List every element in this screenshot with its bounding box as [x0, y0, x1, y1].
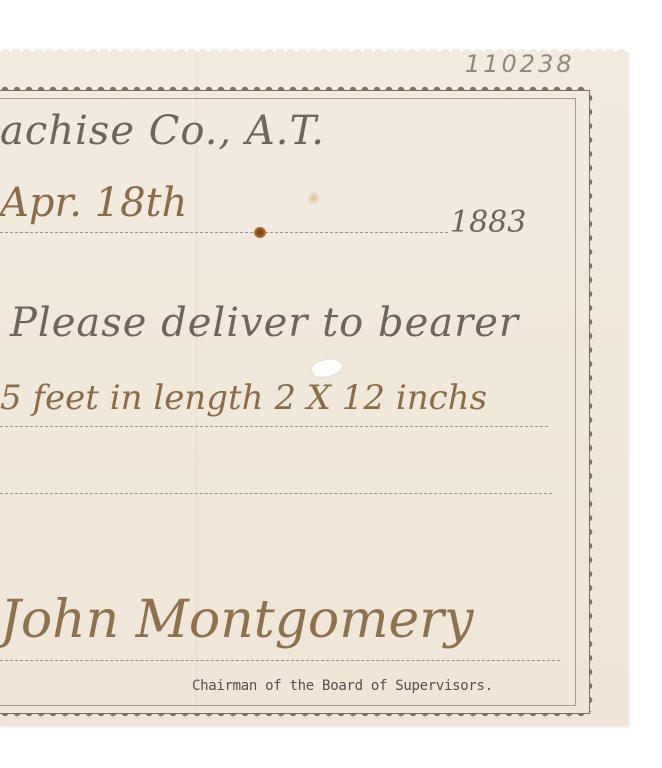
signature-dotted-rule [0, 660, 560, 661]
signature: John Montgomery [0, 590, 474, 650]
delivery-instruction: Please deliver to bearer [10, 300, 519, 346]
archive-number: 110238 [465, 50, 575, 78]
signatory-title: Chairman of the Board of Supervisors. [192, 678, 493, 694]
scalloped-border-top [0, 82, 590, 90]
scalloped-border-bottom [0, 713, 590, 721]
handwritten-item-description: 5 feet in length 2 X 12 inchs [0, 378, 487, 418]
foxing-spot [308, 192, 320, 204]
year: 1883 [450, 205, 526, 240]
scalloped-border-right [589, 92, 597, 712]
ink-stain [254, 227, 266, 238]
county-header: achise Co., A.T. [0, 108, 325, 154]
handwritten-date: Apr. 18th [0, 180, 187, 226]
date-dotted-rule [0, 232, 448, 233]
item-dotted-rule [0, 426, 548, 427]
blank-dotted-rule [0, 493, 552, 494]
